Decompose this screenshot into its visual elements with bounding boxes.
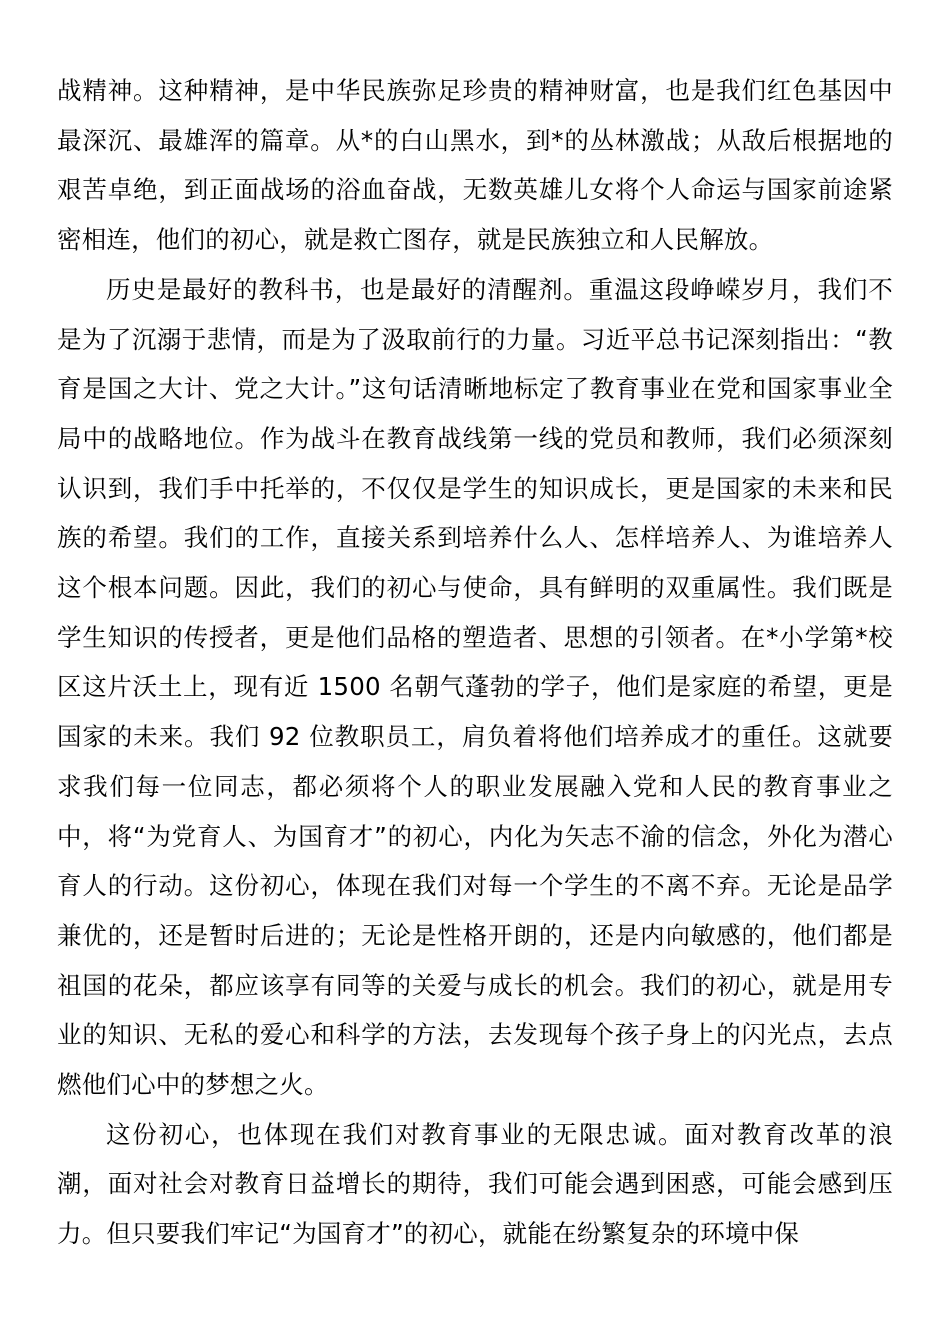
paragraph-history: 历史是最好的教科书，也是最好的清醒剂。重温这段峥嵘岁月，我们不是为了沉溺于悲情，…	[57, 265, 893, 1110]
document-page: 战精神。这种精神，是中华民族弥足珍贵的精神财富，也是我们红色基因中最深沉、最雄浑…	[57, 66, 893, 1259]
paragraph-continuation: 战精神。这种精神，是中华民族弥足珍贵的精神财富，也是我们红色基因中最深沉、最雄浑…	[57, 66, 893, 265]
paragraph-loyalty: 这份初心，也体现在我们对教育事业的无限忠诚。面对教育改革的浪潮，面对社会对教育日…	[57, 1110, 893, 1259]
